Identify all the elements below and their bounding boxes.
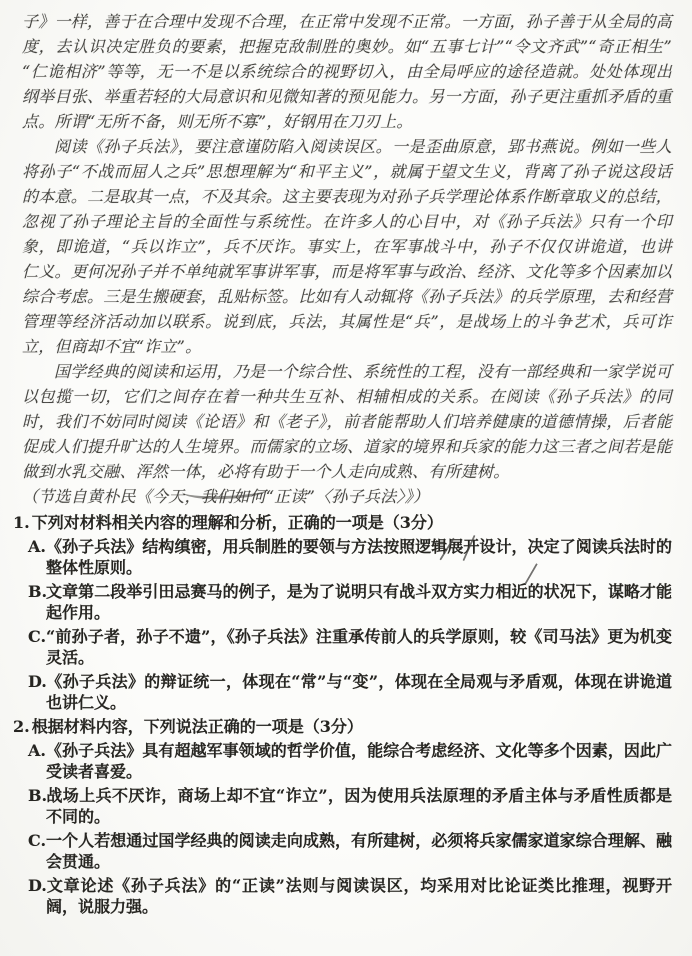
option-text: 一个人若想通过国学经典的阅读走向成熟，有所建树，必须将兵家儒家道家综合理解、融会… (46, 831, 672, 871)
exam-page-scan: 子》一样，善于在合理中发现不合理，在正常中发现不正常。一方面，孙子善于从全局的高… (0, 0, 692, 956)
question-2: 2.根据材料内容，下列说法正确的一项是（3分） A.《孙子兵法》具有超越军事领域… (13, 716, 672, 917)
passage-paragraph-continued: 子》一样，善于在合理中发现不合理，在正常中发现不正常。一方面，孙子善于从全局的高… (22, 9, 672, 134)
option-text: 文章第二段举引田忌赛马的例子，是为了说明只有战斗双方实力相近的状况下，谋略才能起… (46, 582, 672, 622)
question-2-option-b: B.战场上兵不厌诈，商场上却不宜“诈立”，因为使用兵法原理的矛盾主体与矛盾性质都… (13, 785, 672, 827)
reading-passage: 子》一样，善于在合理中发现不合理，在正常中发现不正常。一方面，孙子善于从全局的高… (22, 9, 672, 509)
question-number: 1. (13, 513, 30, 532)
question-1-option-a: A.《孙子兵法》结构缜密，用兵制胜的要领与方法按照逻辑展开设计，决定了阅读兵法时… (13, 536, 672, 578)
option-label: C. (28, 626, 46, 647)
question-1-stem: 1.下列对材料相关内容的理解和分析，正确的一项是（3分） (13, 512, 672, 533)
option-label: D. (28, 671, 46, 692)
question-number: 2. (13, 717, 30, 736)
question-stem-text: 下列对材料相关内容的理解和分析，正确的一项是（3分） (32, 513, 443, 532)
question-2-option-a: A.《孙子兵法》具有超越军事领域的哲学价值，能综合考虑经济、文化等多个因素，因此… (13, 740, 672, 782)
question-1-option-d: D.《孙子兵法》的辩证统一，体现在“常”与“变”，体现在全局观与矛盾观，体现在讲… (13, 671, 672, 713)
question-1: 1.下列对材料相关内容的理解和分析，正确的一项是（3分） A.《孙子兵法》结构缜… (13, 512, 672, 713)
passage-paragraph: 国学经典的阅读和运用，乃是一个综合性、系统性的工程，没有一部经典和一家学说可以包… (22, 359, 672, 484)
passage-paragraph: 阅读《孙子兵法》，要注意谨防陷入阅读误区。一是歪曲原意，郢书燕说。例如一些人将孙… (22, 134, 672, 359)
source-citation: （节选自黄朴民《今天，我们如何“正读”〈孙子兵法〉》） (22, 484, 672, 509)
option-label: C. (28, 830, 46, 851)
option-text: “前孙子者，孙子不遗”，《孙子兵法》注重承传前人的兵学原则，较《司马法》更为机变… (46, 627, 672, 667)
question-2-stem: 2.根据材料内容，下列说法正确的一项是（3分） (13, 716, 672, 737)
option-text: 文章论述《孙子兵法》的“正读”法则与阅读误区，均采用对比论证类比推理，视野开阔，… (46, 876, 672, 916)
question-1-option-b: B.文章第二段举引田忌赛马的例子，是为了说明只有战斗双方实力相近的状况下，谋略才… (13, 581, 672, 623)
question-1-option-c: C.“前孙子者，孙子不遗”，《孙子兵法》注重承传前人的兵学原则，较《司马法》更为… (13, 626, 672, 668)
option-label: B. (28, 581, 46, 602)
option-label: D. (28, 875, 46, 896)
option-text: 《孙子兵法》具有超越军事领域的哲学价值，能综合考虑经济、文化等多个因素，因此广受… (46, 741, 672, 781)
question-2-option-d: D.文章论述《孙子兵法》的“正读”法则与阅读误区，均采用对比论证类比推理，视野开… (13, 875, 672, 917)
question-stem-text: 根据材料内容，下列说法正确的一项是（3分） (32, 717, 363, 736)
option-text: 战场上兵不厌诈，商场上却不宜“诈立”，因为使用兵法原理的矛盾主体与矛盾性质都是不… (46, 786, 672, 826)
option-text: 《孙子兵法》结构缜密，用兵制胜的要领与方法按照逻辑展开设计，决定了阅读兵法时的整… (46, 537, 672, 577)
option-label: B. (28, 785, 46, 806)
option-text: 《孙子兵法》的辩证统一，体现在“常”与“变”，体现在全局观与矛盾观，体现在讲诡道… (46, 672, 672, 712)
option-label: A. (28, 740, 46, 761)
option-label: A. (28, 536, 46, 557)
question-2-option-c: C.一个人若想通过国学经典的阅读走向成熟，有所建树，必须将兵家儒家道家综合理解、… (13, 830, 672, 872)
